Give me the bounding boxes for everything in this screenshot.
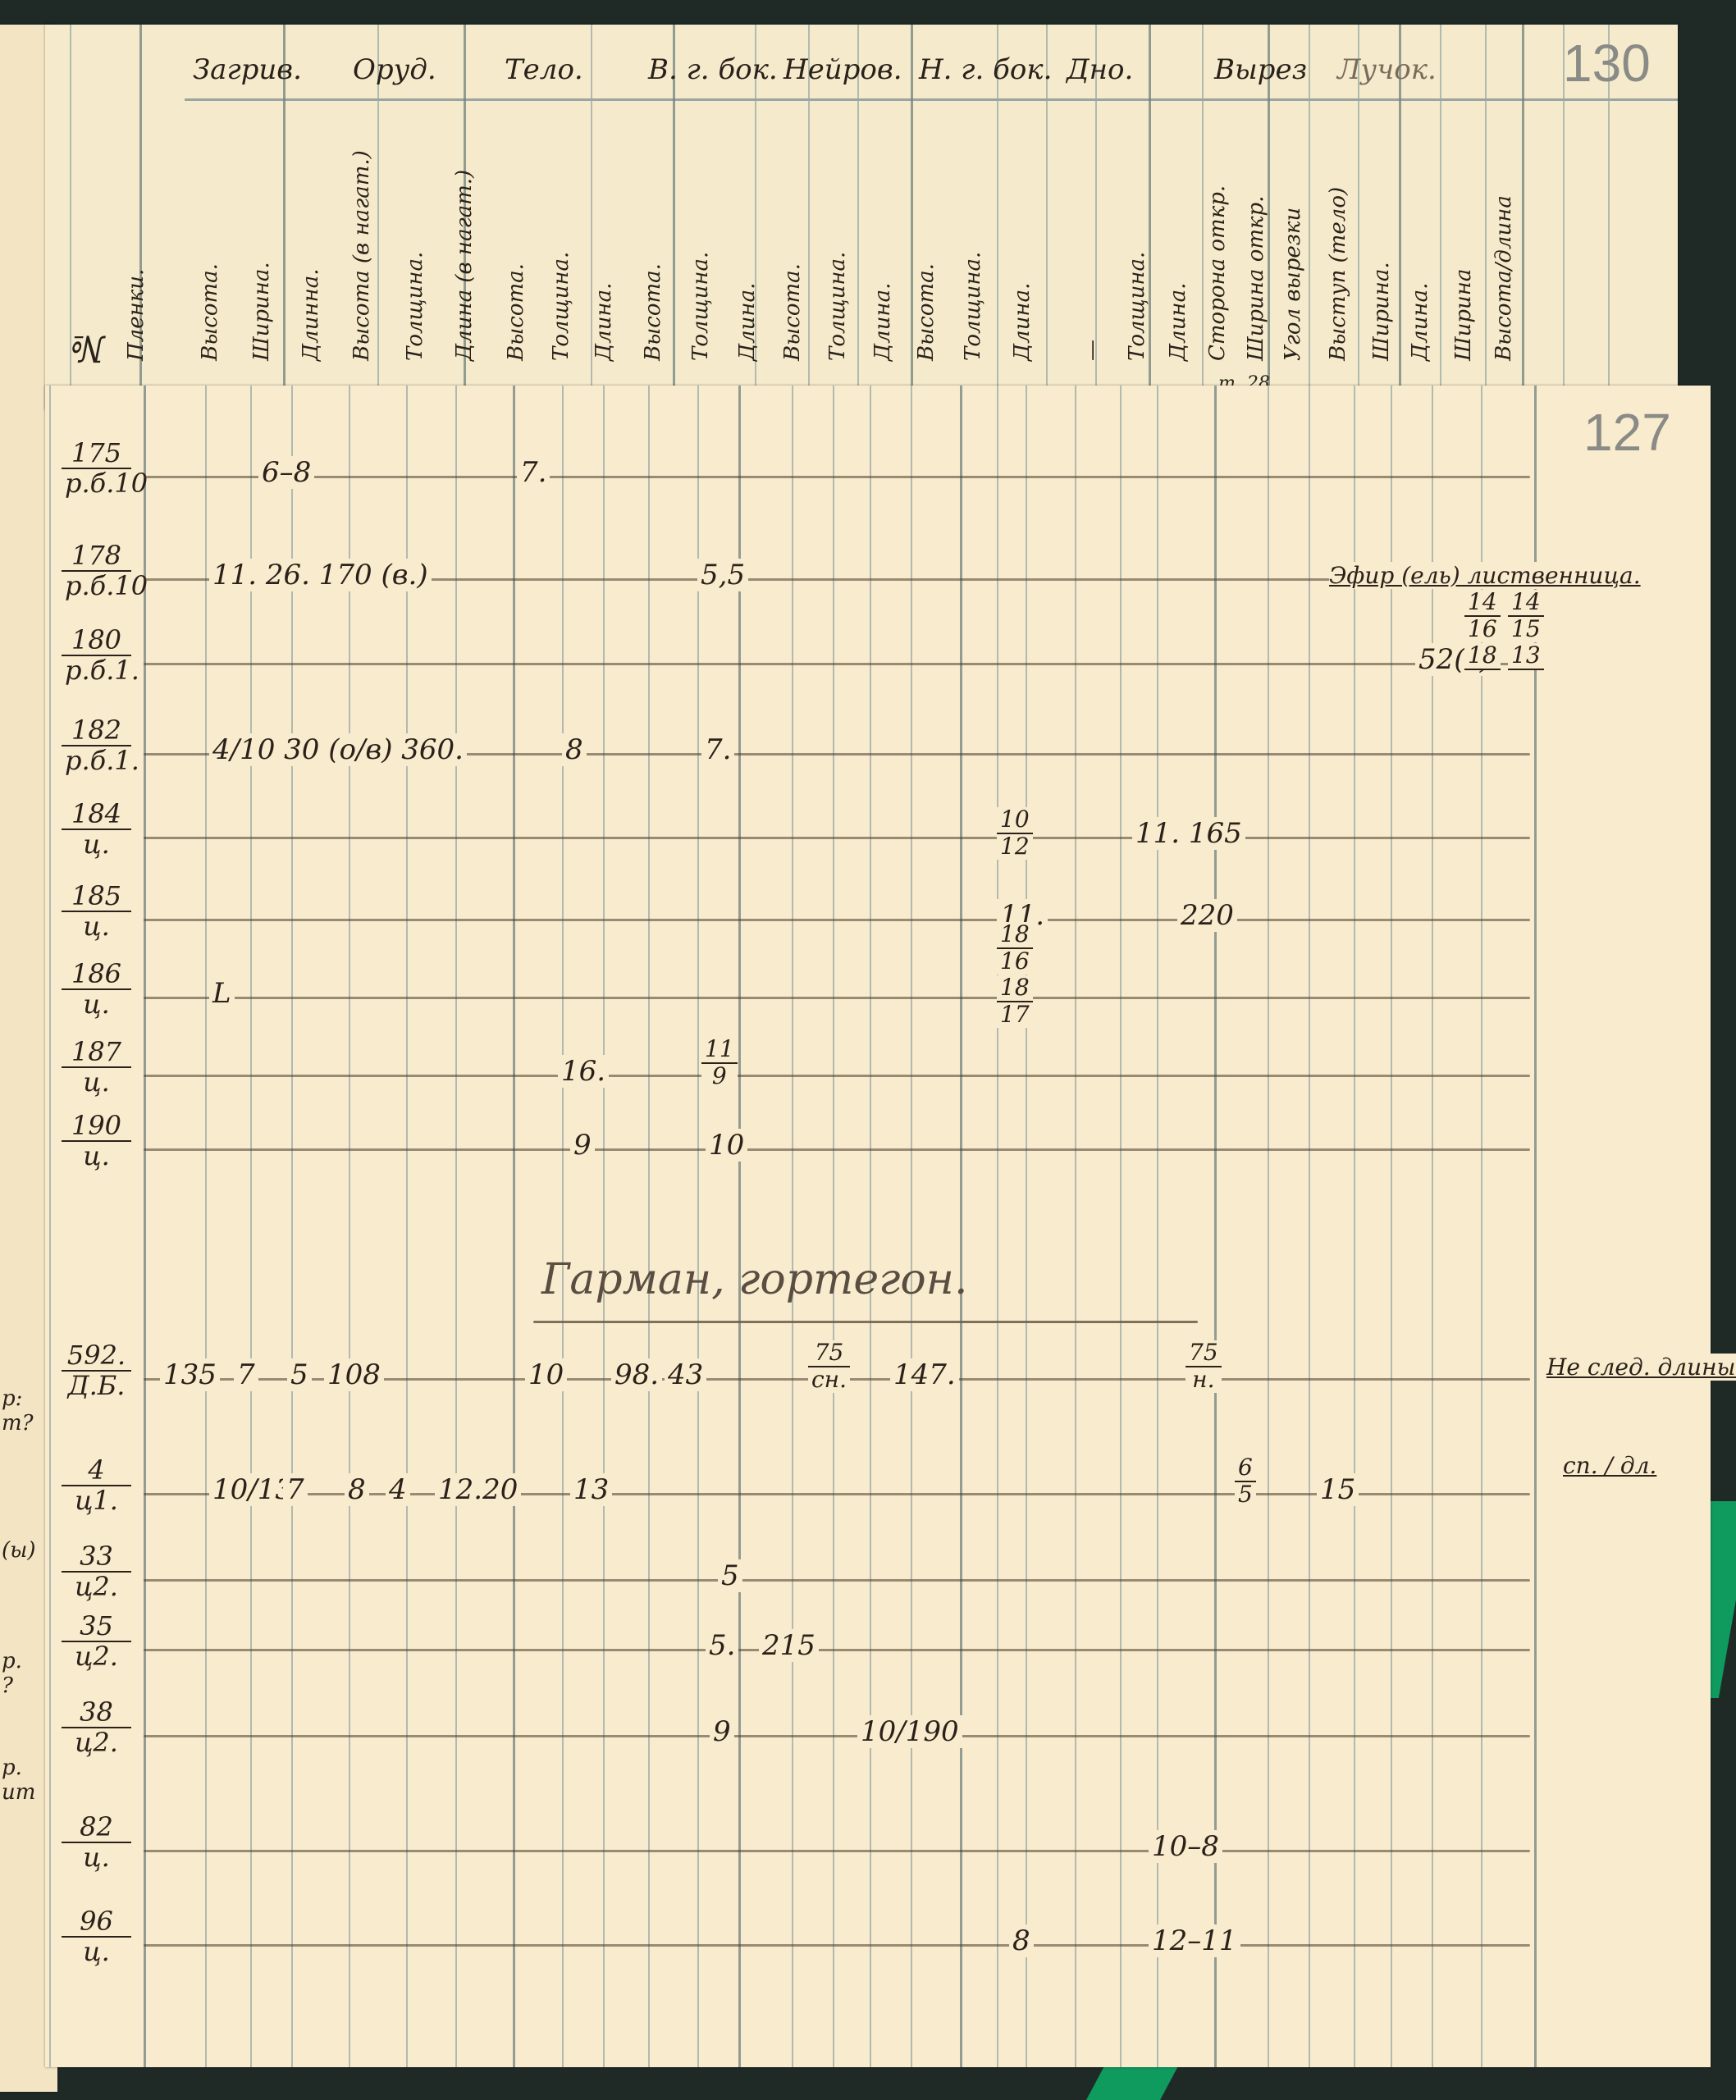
cell-value: 10–8 xyxy=(1149,1830,1222,1863)
cell-value: 6–8 xyxy=(258,456,314,489)
margin-note: р. xyxy=(2,1649,22,1673)
cell-value: 5,5 xyxy=(697,559,748,591)
column-line xyxy=(1214,386,1217,2067)
fraction-top: 18 xyxy=(1464,643,1501,670)
row-number: 175р.б.10 xyxy=(62,439,131,498)
column-label: Длина. xyxy=(1166,115,1190,361)
fraction-value: 1012 xyxy=(997,807,1033,860)
column-label: Длинна. xyxy=(299,115,323,361)
row-number-sub: р.б.10 xyxy=(62,469,131,498)
column-line xyxy=(349,386,350,2067)
column-label: Ширина xyxy=(1451,115,1476,361)
row-note: Эфир (ель) лиственница. xyxy=(1329,562,1641,589)
cell-value: 7. xyxy=(517,456,550,489)
fraction-value: 1817 xyxy=(997,975,1033,1028)
cell-value: 11. 26. 170 (в.) xyxy=(209,559,432,591)
column-label: Высота. xyxy=(780,115,805,361)
fraction-top: 18 xyxy=(997,975,1033,1002)
column-label: Толщина. xyxy=(961,115,985,361)
row-number: 33ц2. xyxy=(62,1542,131,1601)
row-number-value: 592. xyxy=(62,1341,131,1372)
row-number-sub: ц. xyxy=(62,1142,131,1171)
cell-value: 12.20 xyxy=(435,1473,521,1506)
column-line xyxy=(562,386,564,2067)
fraction-bottom: 17 xyxy=(997,1002,1033,1028)
row-line xyxy=(144,919,1530,921)
cell-value: 12–11 xyxy=(1149,1924,1240,1957)
fraction-top: 11 xyxy=(701,1037,738,1064)
column-label: Высота. xyxy=(504,115,528,361)
cell-value: 8 xyxy=(562,733,587,766)
column-label: Длина. xyxy=(1010,115,1035,361)
group-label: Оруд. xyxy=(353,53,436,86)
cell-value: 147. xyxy=(890,1358,959,1391)
cell-value: 108 xyxy=(324,1358,384,1391)
row-number: 180р.б.1. xyxy=(62,626,131,685)
row-number-sub: р.б.1. xyxy=(62,746,131,775)
fraction-top: 13 xyxy=(1508,643,1544,670)
group-label: В. г. бок. xyxy=(648,53,778,86)
column-label: Длина. xyxy=(592,115,616,361)
column-line xyxy=(1432,386,1433,2067)
row-number-value: 180 xyxy=(62,626,131,656)
row-line xyxy=(144,1850,1530,1852)
column-line xyxy=(1485,25,1487,410)
cell-value: 98. xyxy=(611,1358,662,1391)
header-rule xyxy=(185,98,1678,101)
cell-value: 220 xyxy=(1177,899,1237,932)
back-sheet: Загрив.Оруд.Тело.В. г. бок.Нейров.Н. г. … xyxy=(45,25,1678,410)
row-number-value: 190 xyxy=(62,1112,131,1142)
column-label: Выступ (тело) xyxy=(1326,115,1350,361)
row-number-sub: ц1. xyxy=(62,1486,131,1515)
fraction-bottom: сн. xyxy=(808,1367,850,1393)
fraction-value: 65 xyxy=(1235,1455,1256,1508)
row-number: 178р.б.10 xyxy=(62,541,131,600)
row-number-sub: ц. xyxy=(62,1068,131,1097)
column-line xyxy=(792,386,793,2067)
row-line xyxy=(144,1649,1530,1651)
row-number: 186ц. xyxy=(62,960,131,1019)
column-label: Длина (в нагат.) xyxy=(452,115,477,361)
row-line xyxy=(144,1579,1530,1582)
margin-note: р: xyxy=(2,1386,22,1411)
column-label: Угол вырезки xyxy=(1281,115,1305,361)
cell-value: 10 xyxy=(525,1358,567,1391)
column-line xyxy=(1268,386,1269,2067)
column-line xyxy=(1309,386,1310,2067)
column-label: Высота. xyxy=(198,115,222,361)
column-label: Высота. xyxy=(914,115,939,361)
fraction-bottom: 5 xyxy=(1235,1482,1256,1508)
row-number: 82ц. xyxy=(62,1813,131,1872)
row-number-value: 186 xyxy=(62,960,131,990)
row-number-value: 38 xyxy=(62,1698,131,1728)
cell-value: 11. 165 xyxy=(1132,817,1245,850)
cell-value: 8 xyxy=(345,1473,369,1506)
fraction-bottom: 9 xyxy=(701,1064,738,1089)
column-label: Ширина откр. xyxy=(1244,115,1268,361)
column-label: Толщина. xyxy=(1125,115,1149,361)
group-label: Нейров. xyxy=(783,53,902,86)
column-line xyxy=(1522,25,1524,410)
column-label: Толщина. xyxy=(403,115,427,361)
margin-note: (ы) xyxy=(2,1538,35,1563)
column-label: Высота/длина xyxy=(1492,115,1516,361)
row-number-value: 182 xyxy=(62,716,131,746)
column-line xyxy=(1157,386,1158,2067)
row-note: Не след. длины ? xyxy=(1546,1354,1736,1381)
column-line xyxy=(49,386,51,2067)
cell-value: 5 xyxy=(287,1358,312,1391)
column-line xyxy=(1354,386,1355,2067)
column-line xyxy=(648,386,650,2067)
row-note: сп. / дл. xyxy=(1563,1452,1656,1479)
column-line xyxy=(738,386,741,2067)
fraction-bottom: н. xyxy=(1186,1367,1222,1393)
row-number: 592.Д.Б. xyxy=(62,1341,131,1400)
cell-value: 8 xyxy=(1009,1924,1034,1957)
cell-value: 215 xyxy=(759,1629,819,1662)
column-label: — xyxy=(1080,115,1104,361)
cell-value: 7 xyxy=(234,1358,258,1391)
row-number: 96ц. xyxy=(62,1907,131,1966)
row-number: 187ц. xyxy=(62,1038,131,1097)
column-line xyxy=(911,25,913,410)
row-number-value: 4 xyxy=(62,1456,131,1486)
column-label: Толщина. xyxy=(688,115,713,361)
row-number: 38ц2. xyxy=(62,1698,131,1757)
column-label: Сторона откр. xyxy=(1205,115,1230,361)
column-line xyxy=(291,386,293,2067)
row-line xyxy=(144,1075,1530,1077)
column-line xyxy=(1026,386,1027,2067)
column-line xyxy=(960,386,962,2067)
row-number-value: 175 xyxy=(62,439,131,469)
column-label: Длина. xyxy=(870,115,895,361)
front-sheet: 127 xyxy=(45,386,1711,2067)
column-line xyxy=(833,386,834,2067)
section-title: Гарман, гортегон. xyxy=(541,1255,967,1304)
fraction-value: 18 xyxy=(1464,643,1501,670)
row-number-sub: ц. xyxy=(62,990,131,1019)
group-label: Лучок. xyxy=(1337,53,1437,86)
fraction-bottom: 12 xyxy=(997,834,1033,860)
column-label: Длина. xyxy=(735,115,760,361)
section-title-underline xyxy=(533,1321,1198,1323)
column-line xyxy=(1120,386,1122,2067)
row-line xyxy=(144,997,1530,999)
column-line xyxy=(997,386,998,2067)
cell-value: 43 xyxy=(665,1358,706,1391)
row-number: 190ц. xyxy=(62,1112,131,1171)
row-line xyxy=(144,1735,1530,1737)
group-label: Тело. xyxy=(505,53,583,86)
column-line xyxy=(406,386,408,2067)
fraction-value: 75н. xyxy=(1186,1340,1222,1393)
fraction-top: 75 xyxy=(1186,1340,1222,1367)
column-label: Толщина. xyxy=(825,115,850,361)
cell-value: 10/190 xyxy=(857,1715,962,1748)
row-number-value: 185 xyxy=(62,882,131,912)
cell-value: 9 xyxy=(710,1715,734,1748)
cell-value: 5 xyxy=(718,1559,742,1592)
fraction-top: 75 xyxy=(808,1340,850,1367)
row-number-sub: ц. xyxy=(62,1843,131,1872)
row-number-value: 35 xyxy=(62,1612,131,1642)
cell-value: 9 xyxy=(570,1129,595,1162)
group-label: Дно. xyxy=(1067,53,1133,86)
column-line xyxy=(603,386,605,2067)
fraction-bottom: 15 xyxy=(1508,617,1544,642)
fraction-value: 13 xyxy=(1508,643,1544,670)
row-number: 182р.б.1. xyxy=(62,716,131,775)
column-line xyxy=(870,386,871,2067)
row-number-sub: ц2. xyxy=(62,1642,131,1671)
cell-value: 5. xyxy=(706,1629,738,1662)
cell-value: 10 xyxy=(706,1129,747,1162)
page-number-back: 130 xyxy=(1563,33,1651,94)
column-line xyxy=(205,386,207,2067)
fraction-value: 1415 xyxy=(1508,590,1544,642)
column-line xyxy=(513,386,515,2067)
fraction-bottom: 16 xyxy=(1464,617,1501,642)
row-number-value: 82 xyxy=(62,1813,131,1843)
cell-value: 16. xyxy=(558,1055,609,1088)
cell-value: 7. xyxy=(701,733,734,766)
row-number-value: 96 xyxy=(62,1907,131,1938)
cell-value: 13 xyxy=(570,1473,612,1506)
column-label: Высота. xyxy=(641,115,665,361)
cell-value: 15 xyxy=(1317,1473,1359,1506)
column-line xyxy=(455,386,457,2067)
cell-value: L xyxy=(209,977,235,1010)
fraction-top: 14 xyxy=(1464,590,1501,617)
row-line xyxy=(144,837,1530,839)
page-number-front: 127 xyxy=(1583,402,1671,463)
fraction-top: 14 xyxy=(1508,590,1544,617)
fraction-bottom: 16 xyxy=(997,949,1033,975)
group-label: Загрив. xyxy=(193,53,302,86)
group-label: Н. г. бок. xyxy=(919,53,1052,86)
cell-value: 7 xyxy=(283,1473,308,1506)
row-number: 184ц. xyxy=(62,800,131,859)
row-number-sub: р.б.10 xyxy=(62,572,131,600)
column-line xyxy=(1075,386,1076,2067)
group-label: Вырез xyxy=(1214,53,1307,86)
column-line xyxy=(1202,25,1204,410)
margin-note: т? xyxy=(2,1411,34,1436)
column-line xyxy=(1440,25,1441,410)
row-line xyxy=(144,476,1530,478)
column-line xyxy=(1391,386,1392,2067)
row-number: 185ц. xyxy=(62,882,131,941)
row-number-sub: ц. xyxy=(62,830,131,859)
column-label: Ширина. xyxy=(1369,115,1394,361)
cell-value: 135 xyxy=(160,1358,220,1391)
margin-note: р. xyxy=(2,1755,22,1780)
column-label: Пленки. xyxy=(124,115,148,361)
row-line xyxy=(144,663,1530,665)
row-number-sub: ц. xyxy=(62,912,131,941)
margin-note: ит xyxy=(2,1780,35,1805)
row-number-sub: Д.Б. xyxy=(62,1372,131,1400)
row-line xyxy=(144,1148,1530,1151)
fraction-value: 1416 xyxy=(1464,590,1501,642)
fraction-top: 18 xyxy=(997,922,1033,949)
row-number-sub: ц. xyxy=(62,1938,131,1966)
row-number-value: 187 xyxy=(62,1038,131,1068)
row-number-value: 33 xyxy=(62,1542,131,1573)
row-number: 35ц2. xyxy=(62,1612,131,1671)
fraction-value: 119 xyxy=(701,1037,738,1089)
column-line xyxy=(1309,25,1310,410)
margin-note: ? xyxy=(2,1673,13,1698)
column-line xyxy=(144,386,146,2067)
fraction-top: 10 xyxy=(997,807,1033,834)
row-number-value: 184 xyxy=(62,800,131,830)
fraction-top: 6 xyxy=(1235,1455,1256,1482)
column-line xyxy=(697,386,699,2067)
column-label: Длина. xyxy=(1408,115,1432,361)
row-number-value: 178 xyxy=(62,541,131,572)
column-line xyxy=(250,386,252,2067)
row-line xyxy=(144,1944,1530,1947)
column-label: Высота (в нагат.) xyxy=(349,115,374,361)
column-label: Толщина. xyxy=(549,115,573,361)
fraction-value: 1816 xyxy=(997,922,1033,975)
column-label: Ширина. xyxy=(249,115,274,361)
row-number-sub: ц2. xyxy=(62,1573,131,1601)
cell-value: 4 xyxy=(386,1473,410,1506)
cell-value: 4/10 30 (о/в) 360. xyxy=(209,733,467,766)
fraction-value: 75сн. xyxy=(808,1340,850,1393)
row-number-sub: ц2. xyxy=(62,1728,131,1757)
row-number-sub: р.б.1. xyxy=(62,656,131,685)
column-line xyxy=(911,386,912,2067)
column-label: № xyxy=(66,271,108,369)
row-number: 4ц1. xyxy=(62,1456,131,1515)
